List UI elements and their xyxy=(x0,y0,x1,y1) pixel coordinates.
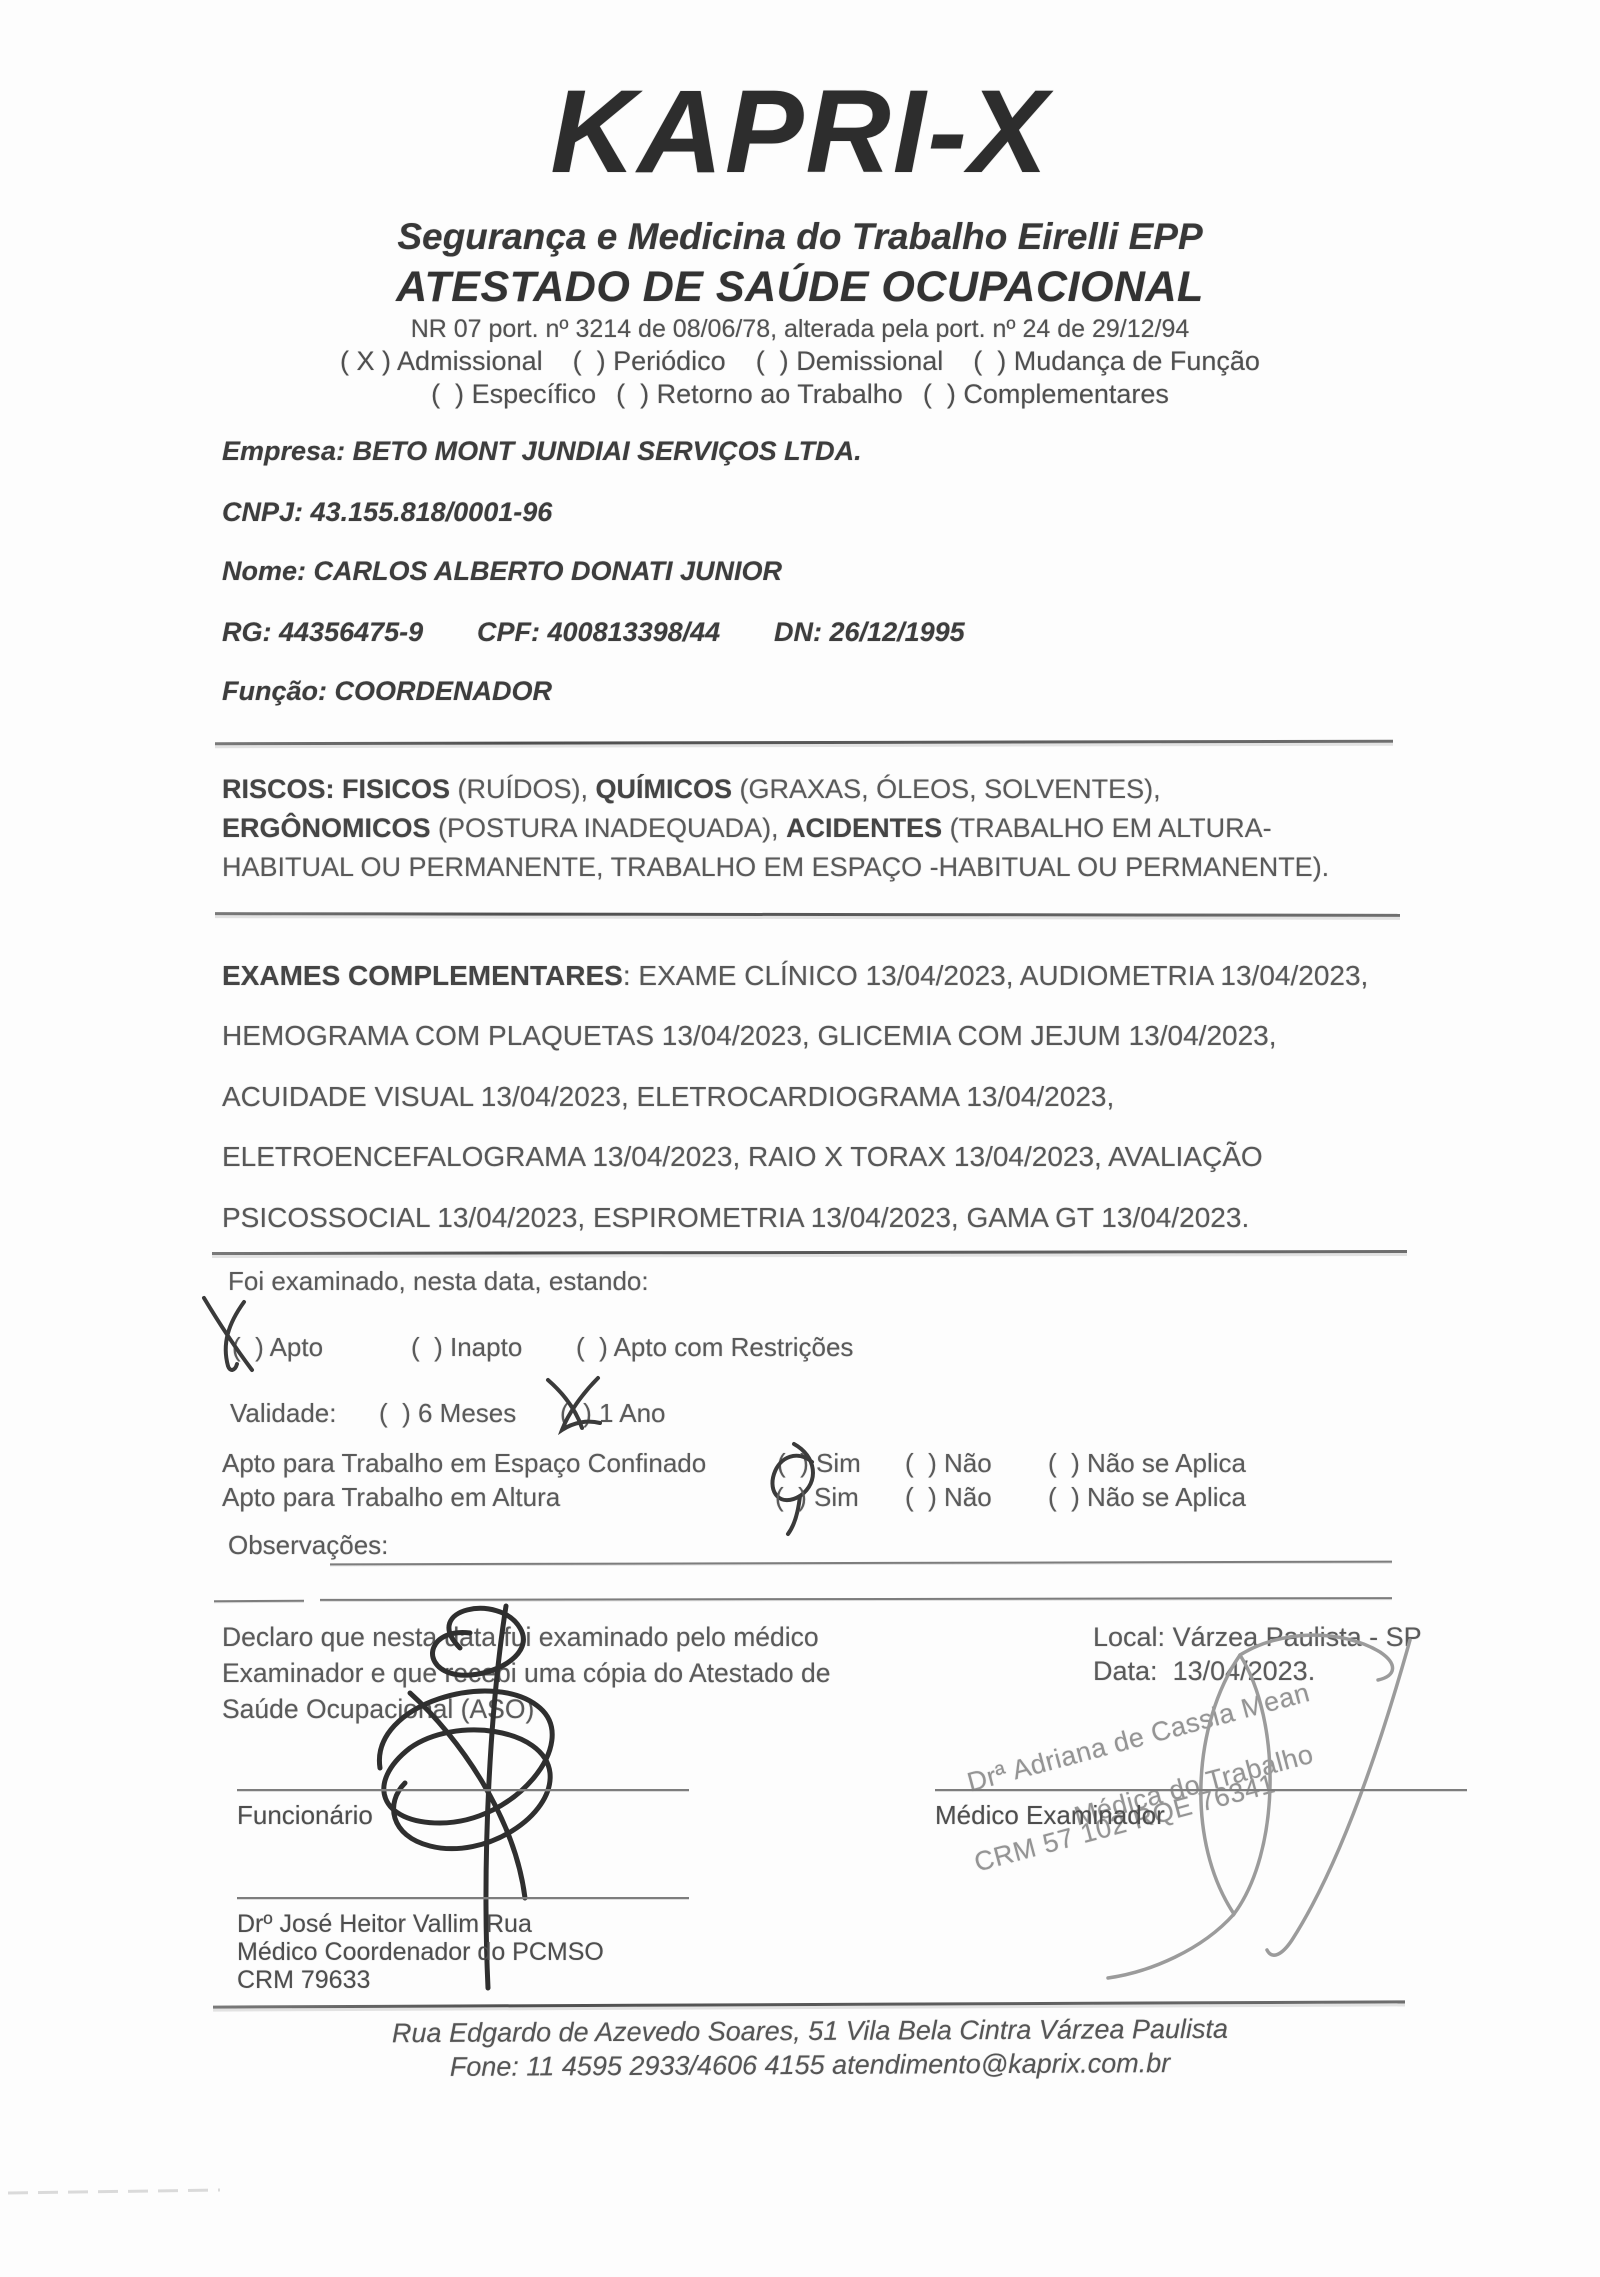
checkbox-label: Inapto xyxy=(450,1332,522,1362)
riscos-paragraph: RISCOS: FISICOS (RUÍDOS), QUÍMICOS (GRAX… xyxy=(222,770,1370,887)
checkbox-label: 6 Meses xyxy=(418,1398,516,1428)
checkbox-label: Apto xyxy=(270,1332,324,1362)
medico-signature-line xyxy=(935,1789,1467,1791)
exam-type-row-1: ( X ) Admissional ( ) Periódico ( ) Demi… xyxy=(0,346,1600,377)
medico-signature xyxy=(1080,1600,1520,1990)
separator xyxy=(212,1250,1407,1255)
checkbox-parens: ( ) xyxy=(576,1332,608,1362)
checkbox-label: Não xyxy=(944,1448,992,1478)
checkbox-label: Periódico xyxy=(613,346,726,376)
footer-phone: Fone: 11 4595 2933/4606 4155 atendimento… xyxy=(200,2047,1420,2084)
checkbox-periodico: ( ) Periódico xyxy=(573,346,726,377)
checkbox-demissional: ( ) Demissional xyxy=(756,346,944,377)
checkbox-parens: ( ) xyxy=(1048,1482,1080,1512)
checkbox-parens: ( ) xyxy=(573,346,606,376)
field-dn: DN: 26/12/1995 xyxy=(774,617,965,648)
scan-artifact xyxy=(8,2189,220,2195)
field-value: BETO MONT JUNDIAI SERVIÇOS LTDA. xyxy=(353,436,862,466)
checkbox-admissional: ( X ) Admissional xyxy=(340,346,543,377)
checkbox-parens: ( ) xyxy=(756,346,789,376)
checkbox-label: Sim xyxy=(814,1482,859,1512)
field-value: COORDENADOR xyxy=(335,676,553,706)
field-value: CARLOS ALBERTO DONATI JUNIOR xyxy=(314,556,783,586)
checkbox-especifico: ( ) Específico xyxy=(431,379,596,410)
validade-label: Validade: xyxy=(230,1398,337,1429)
exames-paragraph: EXAMES COMPLEMENTARES: EXAME CLÍNICO 13/… xyxy=(222,946,1417,1248)
field-label: Empresa: xyxy=(222,436,345,466)
coordenador-signature-line xyxy=(237,1897,689,1899)
checkbox-parens: ( ) xyxy=(1048,1448,1080,1478)
checkbox-parens: ( ) xyxy=(775,1482,807,1512)
funcionario-label: Funcionário xyxy=(237,1800,373,1831)
checkbox-parens: ( ) xyxy=(616,379,649,409)
handwritten-check-apto xyxy=(198,1292,270,1380)
field-label: Nome: xyxy=(222,556,306,586)
field-nome: Nome: CARLOS ALBERTO DONATI JUNIOR xyxy=(222,556,782,587)
observacoes-blank-line xyxy=(214,1600,304,1602)
riscos-text: (GRAXAS, ÓLEOS, SOLVENTES), xyxy=(740,774,1161,804)
field-label: CPF: xyxy=(477,617,540,647)
riscos-bold: ERGÔNOMICOS xyxy=(222,813,438,843)
field-empresa: Empresa: BETO MONT JUNDIAI SERVIÇOS LTDA… xyxy=(222,436,862,467)
checkbox-label: Não se Aplica xyxy=(1087,1482,1246,1512)
field-cnpj: CNPJ: 43.155.818/0001-96 xyxy=(222,497,552,528)
checkbox-parens: ( ) xyxy=(973,346,1006,376)
observacoes-label: Observações: xyxy=(228,1530,388,1561)
company-logo: KAPRI-X xyxy=(0,68,1600,198)
checkbox-label: Mudança de Função xyxy=(1014,346,1260,376)
field-value: 43.155.818/0001-96 xyxy=(311,497,553,527)
observacoes-blank-line xyxy=(330,1561,1392,1566)
coordenador-crm: CRM 79633 xyxy=(237,1966,370,1995)
funcionario-signature-line xyxy=(237,1789,689,1791)
field-value: 26/12/1995 xyxy=(830,617,965,647)
checkbox-parens: ( ) xyxy=(905,1482,937,1512)
checkbox-label: Não xyxy=(944,1482,992,1512)
field-funcao: Função: COORDENADOR xyxy=(222,676,552,707)
checkbox-altura-nao-se-aplica: ( ) Não se Aplica xyxy=(1048,1482,1246,1513)
checkbox-parens: ( X ) xyxy=(340,346,391,376)
field-label: DN: xyxy=(774,617,822,647)
separator xyxy=(215,912,1400,917)
checkbox-parens: ( ) xyxy=(379,1398,411,1428)
field-rg: RG: 44356475-9 xyxy=(222,617,423,648)
exames-text: : EXAME CLÍNICO 13/04/2023, AUDIOMETRIA … xyxy=(222,960,1368,1233)
aso-document-page: KAPRI-X Segurança e Medicina do Trabalho… xyxy=(0,0,1600,2277)
checkbox-retorno-trabalho: ( ) Retorno ao Trabalho xyxy=(616,379,903,410)
footer-address: Rua Edgardo de Azevedo Soares, 51 Vila B… xyxy=(200,2013,1420,2050)
riscos-bold: QUÍMICOS xyxy=(596,774,740,804)
checkbox-altura-nao: ( ) Não xyxy=(905,1482,992,1513)
checkbox-altura-sim: ( ) Sim xyxy=(775,1482,859,1513)
checkbox-label: Específico xyxy=(472,379,597,409)
checkbox-parens: ( ) xyxy=(411,1332,443,1362)
riscos-bold: ACIDENTES xyxy=(786,813,950,843)
exames-label: EXAMES COMPLEMENTARES xyxy=(222,960,623,991)
checkbox-espaco-nao: ( ) Não xyxy=(905,1448,992,1479)
checkbox-label: Apto com Restrições xyxy=(614,1332,854,1362)
riscos-bold: RISCOS: FISICOS xyxy=(222,774,458,804)
riscos-text: (POSTURA INADEQUADA), xyxy=(438,813,786,843)
regulation-line: NR 07 port. nº 3214 de 08/06/78, alterad… xyxy=(0,315,1600,344)
field-label: RG: xyxy=(222,617,272,647)
company-subtitle: Segurança e Medicina do Trabalho Eirelli… xyxy=(0,216,1600,258)
checkbox-label: Complementares xyxy=(963,379,1169,409)
checkbox-parens: ( ) xyxy=(905,1448,937,1478)
checkbox-mudanca-funcao: ( ) Mudança de Função xyxy=(973,346,1260,377)
field-value: 400813398/44 xyxy=(548,617,721,647)
coordenador-name: Drº José Heitor Vallim Rua xyxy=(237,1910,532,1939)
medico-examinador-label: Médico Examinador xyxy=(935,1800,1165,1831)
footer-separator xyxy=(213,2000,1405,2008)
field-cpf: CPF: 400813398/44 xyxy=(477,617,720,648)
checkbox-label: Admissional xyxy=(397,346,543,376)
checkbox-inapto: ( ) Inapto xyxy=(411,1332,522,1363)
handwritten-check-1-ano xyxy=(540,1372,615,1437)
espaco-confinado-label: Apto para Trabalho em Espaço Confinado xyxy=(222,1448,706,1479)
checkbox-label: Não se Aplica xyxy=(1087,1448,1246,1478)
riscos-text: (RUÍDOS), xyxy=(458,774,596,804)
exam-result-intro: Foi examinado, nesta data, estando: xyxy=(228,1266,649,1297)
exam-type-row-2: ( ) Específico ( ) Retorno ao Trabalho (… xyxy=(0,379,1600,410)
checkbox-label: Retorno ao Trabalho xyxy=(657,379,903,409)
field-label: CNPJ: xyxy=(222,497,303,527)
checkbox-parens: ( ) xyxy=(431,379,464,409)
checkbox-parens: ( ) xyxy=(923,379,956,409)
field-label: Função: xyxy=(222,676,327,706)
document-title: ATESTADO DE SAÚDE OCUPACIONAL xyxy=(0,263,1600,312)
checkbox-apto-restricoes: ( ) Apto com Restrições xyxy=(576,1332,853,1363)
altura-label: Apto para Trabalho em Altura xyxy=(222,1482,560,1513)
checkbox-label: Demissional xyxy=(796,346,943,376)
checkbox-complementares: ( ) Complementares xyxy=(923,379,1169,410)
coordenador-role: Médico Coordenador do PCMSO xyxy=(237,1938,604,1967)
field-value: 44356475-9 xyxy=(279,617,423,647)
separator xyxy=(215,740,1393,745)
checkbox-6-meses: ( ) 6 Meses xyxy=(379,1398,516,1429)
checkbox-espaco-nao-se-aplica: ( ) Não se Aplica xyxy=(1048,1448,1246,1479)
